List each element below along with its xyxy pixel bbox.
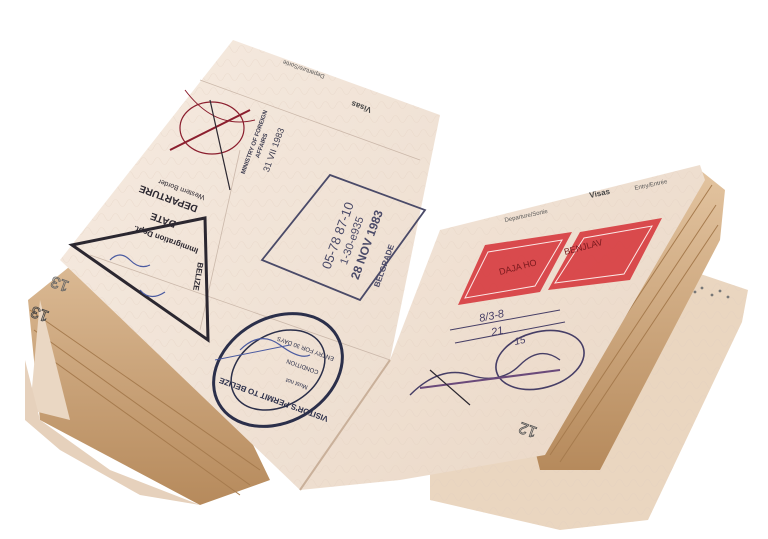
passport-photo: PASSPORT NUMERO DU FOR HOLDER BEARER'S 4… (0, 0, 768, 539)
